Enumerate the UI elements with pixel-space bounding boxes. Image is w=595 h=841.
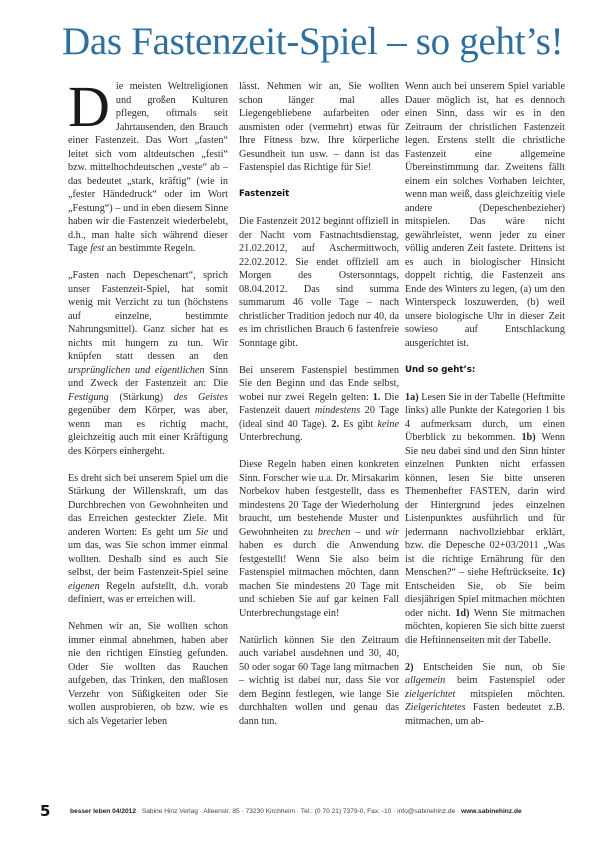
paragraph: Bei unserem Fastenspiel bestimmen Sie de… <box>239 364 399 445</box>
paragraph: Es dreht sich bei unserem Spiel um die S… <box>68 472 228 607</box>
page-title: Das Fastenzeit-Spiel – so geht’s! <box>62 18 562 66</box>
paragraph: 2) Entscheiden Sie nun, ob Sie allgemein… <box>405 661 565 729</box>
intro-paragraph: Die meisten Weltreligionen und großen Ku… <box>68 80 228 256</box>
paragraph: Nehmen wir an, Sie wollten schon immer e… <box>68 620 228 728</box>
article-column-2: lässt. Nehmen wir an, Sie wollten schon … <box>239 80 399 742</box>
paragraph: „Fasten nach Depeschenart“, sprich unser… <box>68 269 228 458</box>
drop-cap: D <box>68 82 110 129</box>
paragraph: Die Fastenzeit 2012 beginnt offiziell in… <box>239 215 399 350</box>
paragraph: Wenn auch bei unserem Spiel variable Dau… <box>405 80 565 350</box>
publisher-contact: · Sabine Hinz Verlag · Alleenstr. 85 · 7… <box>136 808 461 815</box>
paragraph: Diese Regeln haben einen konkreten Sinn.… <box>239 458 399 620</box>
page-number: 5 <box>40 803 50 819</box>
website-link[interactable]: www.sabinehinz.de <box>461 808 522 815</box>
section-heading-fastenzeit: Fastenzeit <box>239 188 399 202</box>
paragraph: 1a) Lesen Sie in der Tabelle (Heftmitte … <box>405 391 565 648</box>
section-heading-instructions: Und so geht’s: <box>405 364 565 378</box>
paragraph: lässt. Nehmen wir an, Sie wollten schon … <box>239 80 399 175</box>
page-footer: 5 besser leben 04/2012 · Sabine Hinz Ver… <box>0 803 595 819</box>
paragraph: Natürlich können Sie den Zeitraum auch v… <box>239 634 399 729</box>
publication-name: besser leben 04/2012 <box>70 808 136 815</box>
imprint-line: besser leben 04/2012 · Sabine Hinz Verla… <box>70 807 560 817</box>
article-column-3: Wenn auch bei unserem Spiel variable Dau… <box>405 80 565 742</box>
article-column-1: Die meisten Weltreligionen und großen Ku… <box>68 80 228 742</box>
